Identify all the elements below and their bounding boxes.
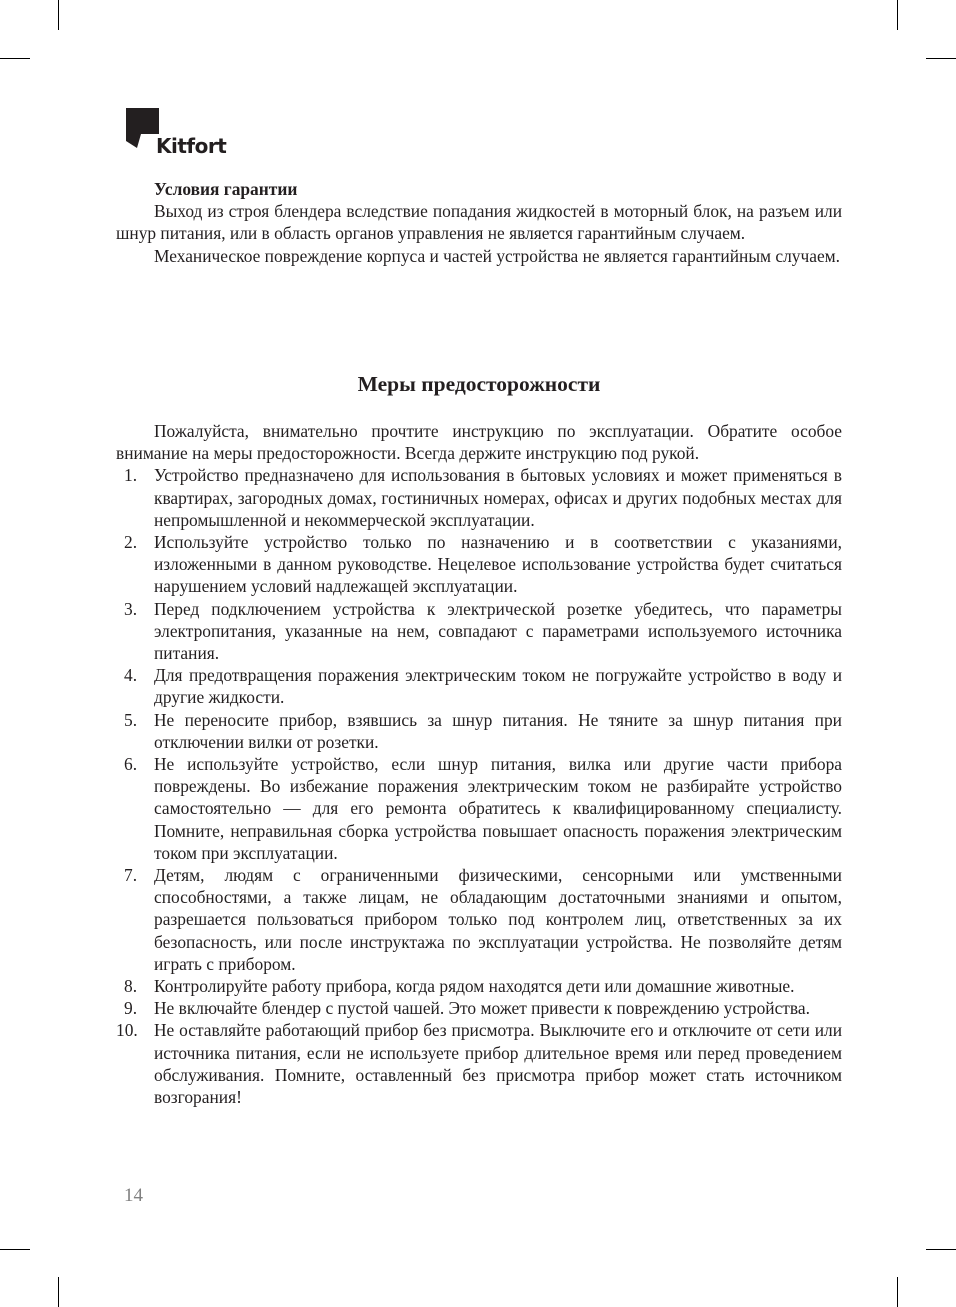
list-item: 6.Не используйте устройство, если шнур п… (116, 753, 842, 864)
item-text: Устройство предназначено для использован… (154, 465, 842, 529)
item-text: Контролируйте работу прибора, когда рядо… (154, 976, 795, 996)
item-number: 10. (116, 1019, 138, 1041)
item-text: Не переносите прибор, взявшись за шнур п… (154, 710, 842, 752)
crop-mark-bottom-right-horizontal (926, 1249, 956, 1250)
page-number: 14 (124, 1185, 143, 1207)
list-item: 7.Детям, людям с ограниченными физически… (116, 864, 842, 975)
item-text: Не используйте устройство, если шнур пит… (154, 754, 842, 863)
crop-mark-top-right-horizontal (926, 58, 956, 59)
crop-mark-top-left-horizontal (0, 58, 30, 59)
brand-name: Kitfort (156, 134, 226, 158)
item-number: 6. (124, 753, 137, 775)
item-number: 2. (124, 531, 137, 553)
item-text: Используйте устройство только по назначе… (154, 532, 842, 596)
list-item: 3.Перед подключением устройства к электр… (116, 598, 842, 665)
precautions-section: Пожалуйста, внимательно прочтите инструк… (116, 420, 842, 1108)
item-text: Перед подключением устройства к электрич… (154, 599, 842, 663)
list-item: 8.Контролируйте работу прибора, когда ря… (116, 975, 842, 997)
crop-mark-top-right-vertical (897, 0, 898, 30)
warranty-paragraph: Механическое повреждение корпуса и часте… (116, 245, 842, 267)
list-item: 10.Не оставляйте работающий прибор без п… (116, 1019, 842, 1108)
item-number: 8. (124, 975, 137, 997)
list-item: 5.Не переносите прибор, взявшись за шнур… (116, 709, 842, 753)
item-number: 4. (124, 664, 137, 686)
warranty-section: Условия гарантии Выход из строя блендера… (116, 178, 842, 267)
item-number: 5. (124, 709, 137, 731)
page-title: Меры предосторожности (116, 372, 842, 397)
brand-logo: Kitfort (126, 108, 236, 160)
item-number: 3. (124, 598, 137, 620)
crop-mark-bottom-left-vertical (58, 1277, 59, 1307)
item-text: Детям, людям с ограниченными физическими… (154, 865, 842, 974)
warranty-paragraph: Выход из строя блендера вследствие попад… (116, 200, 842, 244)
list-item: 1.Устройство предназначено для использов… (116, 464, 842, 531)
list-item: 4.Для предотвращения поражения электриче… (116, 664, 842, 708)
item-text: Не оставляйте работающий прибор без прис… (154, 1020, 842, 1107)
item-text: Не включайте блендер с пустой чашей. Это… (154, 998, 810, 1018)
item-number: 9. (124, 997, 137, 1019)
item-number: 7. (124, 864, 137, 886)
crop-mark-bottom-right-vertical (897, 1277, 898, 1307)
crop-mark-top-left-vertical (58, 0, 59, 30)
precautions-list: 1.Устройство предназначено для использов… (116, 464, 842, 1108)
kitfort-logo-icon (126, 108, 160, 158)
list-item: 2.Используйте устройство только по назна… (116, 531, 842, 598)
item-number: 1. (124, 464, 137, 486)
precautions-intro: Пожалуйста, внимательно прочтите инструк… (116, 420, 842, 464)
item-text: Для предотвращения поражения электрическ… (154, 665, 842, 707)
crop-mark-bottom-left-horizontal (0, 1249, 30, 1250)
warranty-heading: Условия гарантии (154, 178, 842, 200)
list-item: 9.Не включайте блендер с пустой чашей. Э… (116, 997, 842, 1019)
